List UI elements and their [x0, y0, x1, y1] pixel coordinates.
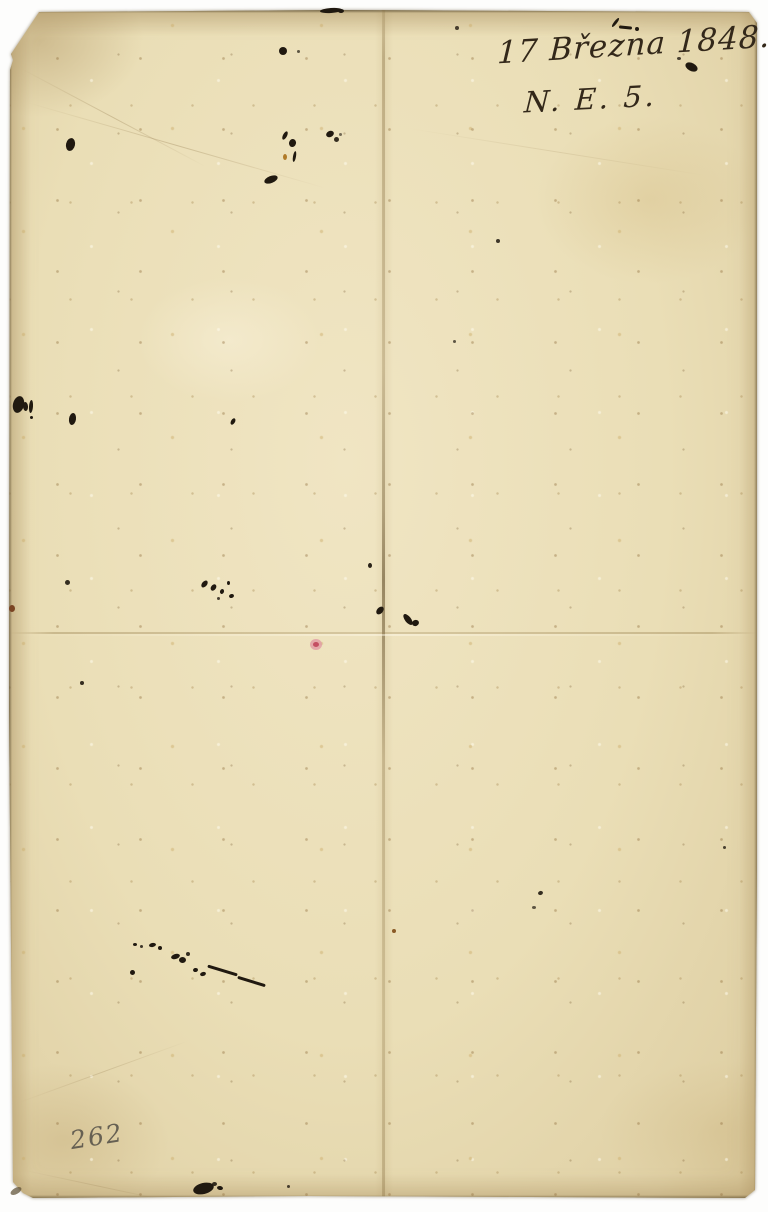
horizontal-fold-highlight [9, 634, 757, 636]
scanner-bed: 17 Března 1848. N. E. 5. 262 [0, 0, 768, 1212]
vertical-fold-line [382, 10, 385, 1198]
reference-annotation: N. E. 5. [523, 78, 658, 119]
crease-line [409, 128, 705, 176]
paper-edge-right [754, 10, 757, 1198]
crease-line [27, 102, 325, 188]
paper-sheet [9, 10, 757, 1198]
paper-sheet-wrap [9, 10, 757, 1198]
paper-edge-left [9, 10, 12, 1198]
crease-line [19, 1040, 188, 1103]
crease-line [21, 68, 207, 167]
